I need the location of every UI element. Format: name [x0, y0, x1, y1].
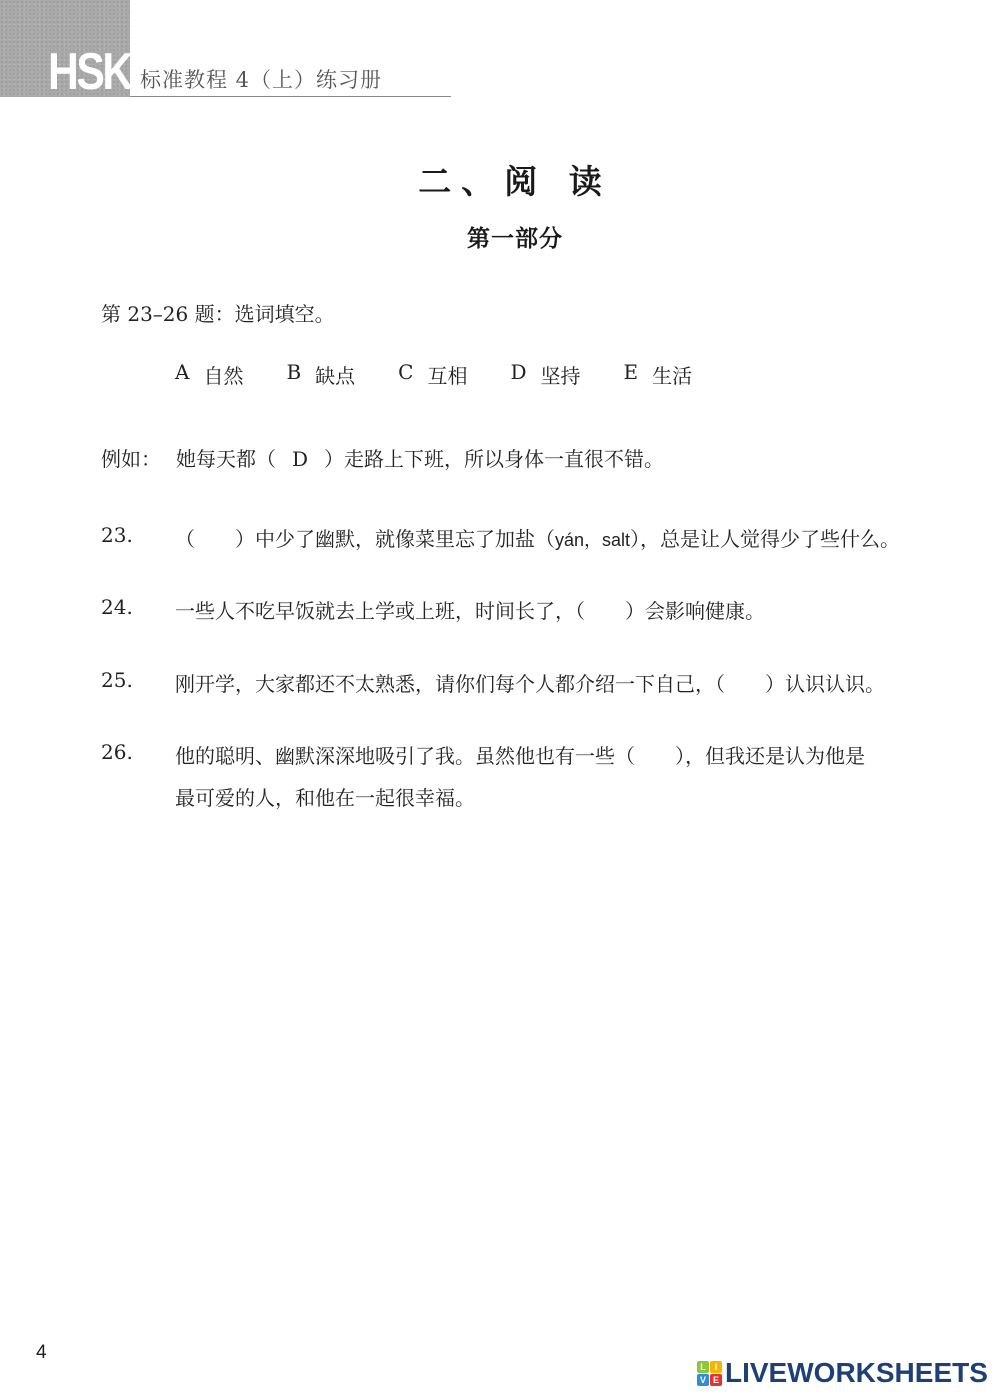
- pinyin-gloss: yán，salt: [555, 530, 630, 550]
- text-before: 一些人不吃早饭就去上学或上班，时间长了，（: [175, 599, 585, 623]
- option-e: E生活: [624, 360, 693, 389]
- option-letter: C: [398, 360, 413, 389]
- liveworksheets-logo: L I V E LIVEWORKSHEETS: [697, 1359, 988, 1387]
- example-sentence: 例如：她每天都（D）走路上下班，所以身体一直很不错。: [101, 443, 664, 472]
- hsk-logo: HSK: [48, 46, 131, 98]
- brand-name: LIVEWORKSHEETS: [725, 1359, 988, 1387]
- option-letter: A: [175, 360, 189, 389]
- live-icon-e: E: [710, 1374, 722, 1386]
- header-divider: [130, 96, 451, 97]
- example-text-after: ）走路上下班，所以身体一直很不错。: [324, 447, 664, 471]
- option-d: D坚持: [510, 360, 580, 389]
- option-word: 自然: [203, 360, 243, 389]
- question-text: 他的聪明、幽默深深地吸引了我。虽然他也有一些（），但我还是认为他是: [175, 740, 865, 769]
- option-letter: D: [510, 360, 526, 389]
- live-icon-v: V: [697, 1374, 709, 1386]
- question-text: 一些人不吃早饭就去上学或上班，时间长了，（）会影响健康。: [175, 595, 765, 624]
- option-c: C互相: [398, 360, 467, 389]
- question-text: （）中少了幽默，就像菜里忘了加盐（yán，salt），总是让人觉得少了些什么。: [175, 523, 900, 552]
- question-number: 26.: [101, 740, 133, 764]
- question-text-line2: 最可爱的人，和他在一起很幸福。: [175, 782, 475, 811]
- question-number: 23.: [101, 523, 133, 547]
- question-number: 24.: [101, 595, 133, 619]
- option-word: 坚持: [541, 360, 581, 389]
- text-after: ），但我还是认为他是: [675, 744, 865, 768]
- option-word: 生活: [652, 360, 692, 389]
- example-label: 例如：: [101, 443, 176, 472]
- option-letter: E: [624, 360, 639, 389]
- question-number: 25.: [101, 668, 133, 692]
- example-answer: D: [276, 447, 324, 471]
- text-after: ）认识认识。: [765, 672, 885, 696]
- word-bank: A自然 B缺点 C互相 D坚持 E生活: [175, 360, 735, 389]
- question-text: 刚开学，大家都还不太熟悉，请你们每个人都介绍一下自己，（）认识认识。: [175, 668, 885, 697]
- book-title: 标准教程 4（上）练习册: [140, 64, 382, 94]
- text-after: ）会影响健康。: [625, 599, 765, 623]
- instructions: 第 23–26 题：选词填空。: [101, 298, 335, 327]
- text-end: ），总是让人觉得少了些什么。: [630, 527, 900, 551]
- text-after: ）中少了幽默，就像菜里忘了加盐（: [235, 527, 555, 551]
- header-banner: HSK: [0, 0, 130, 97]
- part-title: 第一部分: [0, 220, 1000, 253]
- text-before: 他的聪明、幽默深深地吸引了我。虽然他也有一些（: [175, 744, 635, 768]
- live-icon: L I V E: [697, 1361, 722, 1386]
- section-title: 二、阅 读: [0, 156, 1000, 203]
- live-icon-l: L: [697, 1361, 709, 1373]
- option-word: 互相: [427, 360, 467, 389]
- text-before: 刚开学，大家都还不太熟悉，请你们每个人都介绍一下自己，（: [175, 672, 725, 696]
- option-letter: B: [286, 360, 301, 389]
- text-before: （: [175, 527, 195, 551]
- page-number: 4: [36, 1342, 47, 1364]
- option-a: A自然: [175, 360, 243, 389]
- example-text-before: 她每天都（: [176, 447, 276, 471]
- option-b: B缺点: [286, 360, 355, 389]
- option-word: 缺点: [315, 360, 355, 389]
- live-icon-i: I: [710, 1361, 722, 1373]
